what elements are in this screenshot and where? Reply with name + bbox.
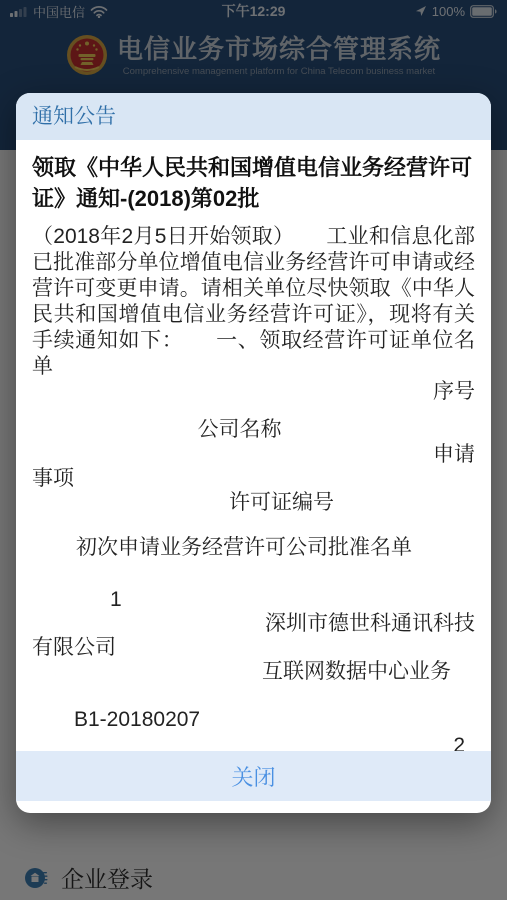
row1-company-part1: 深圳市德世科通讯科技	[32, 612, 475, 636]
app-screen: 中国电信 下午12:29 100%	[0, 0, 507, 900]
notice-paragraph: （2018年2月5日开始领取） 工业和信息化部已批准部分单位增值电信业务经营许可…	[32, 224, 475, 380]
row1-company-part2: 有限公司	[32, 636, 475, 660]
notice-dialog: 通知公告 领取《中华人民共和国增值电信业务经营许可证》通知-(2018)第02批…	[16, 93, 491, 813]
table-header-license: 许可证编号	[32, 491, 475, 515]
notice-title: 领取《中华人民共和国增值电信业务经营许可证》通知-(2018)第02批	[32, 152, 475, 214]
row1-license-number: B1-20180207	[32, 708, 475, 732]
row2-seq: 2	[32, 734, 475, 751]
row1-seq: 1	[32, 588, 475, 612]
close-button[interactable]: 关闭	[16, 751, 491, 801]
table-header-apply-part2: 事项	[32, 467, 475, 491]
dialog-body: 领取《中华人民共和国增值电信业务经营许可证》通知-(2018)第02批 （201…	[16, 140, 491, 751]
row1-business-type: 互联网数据中心业务	[32, 660, 475, 684]
table-header-seq: 序号	[32, 380, 475, 404]
table-header-company: 公司名称	[32, 418, 475, 442]
section-title: 初次申请业务经营许可公司批准名单	[32, 536, 475, 560]
dialog-title: 通知公告	[16, 93, 491, 140]
table-header-apply-part1: 申请	[32, 443, 475, 467]
